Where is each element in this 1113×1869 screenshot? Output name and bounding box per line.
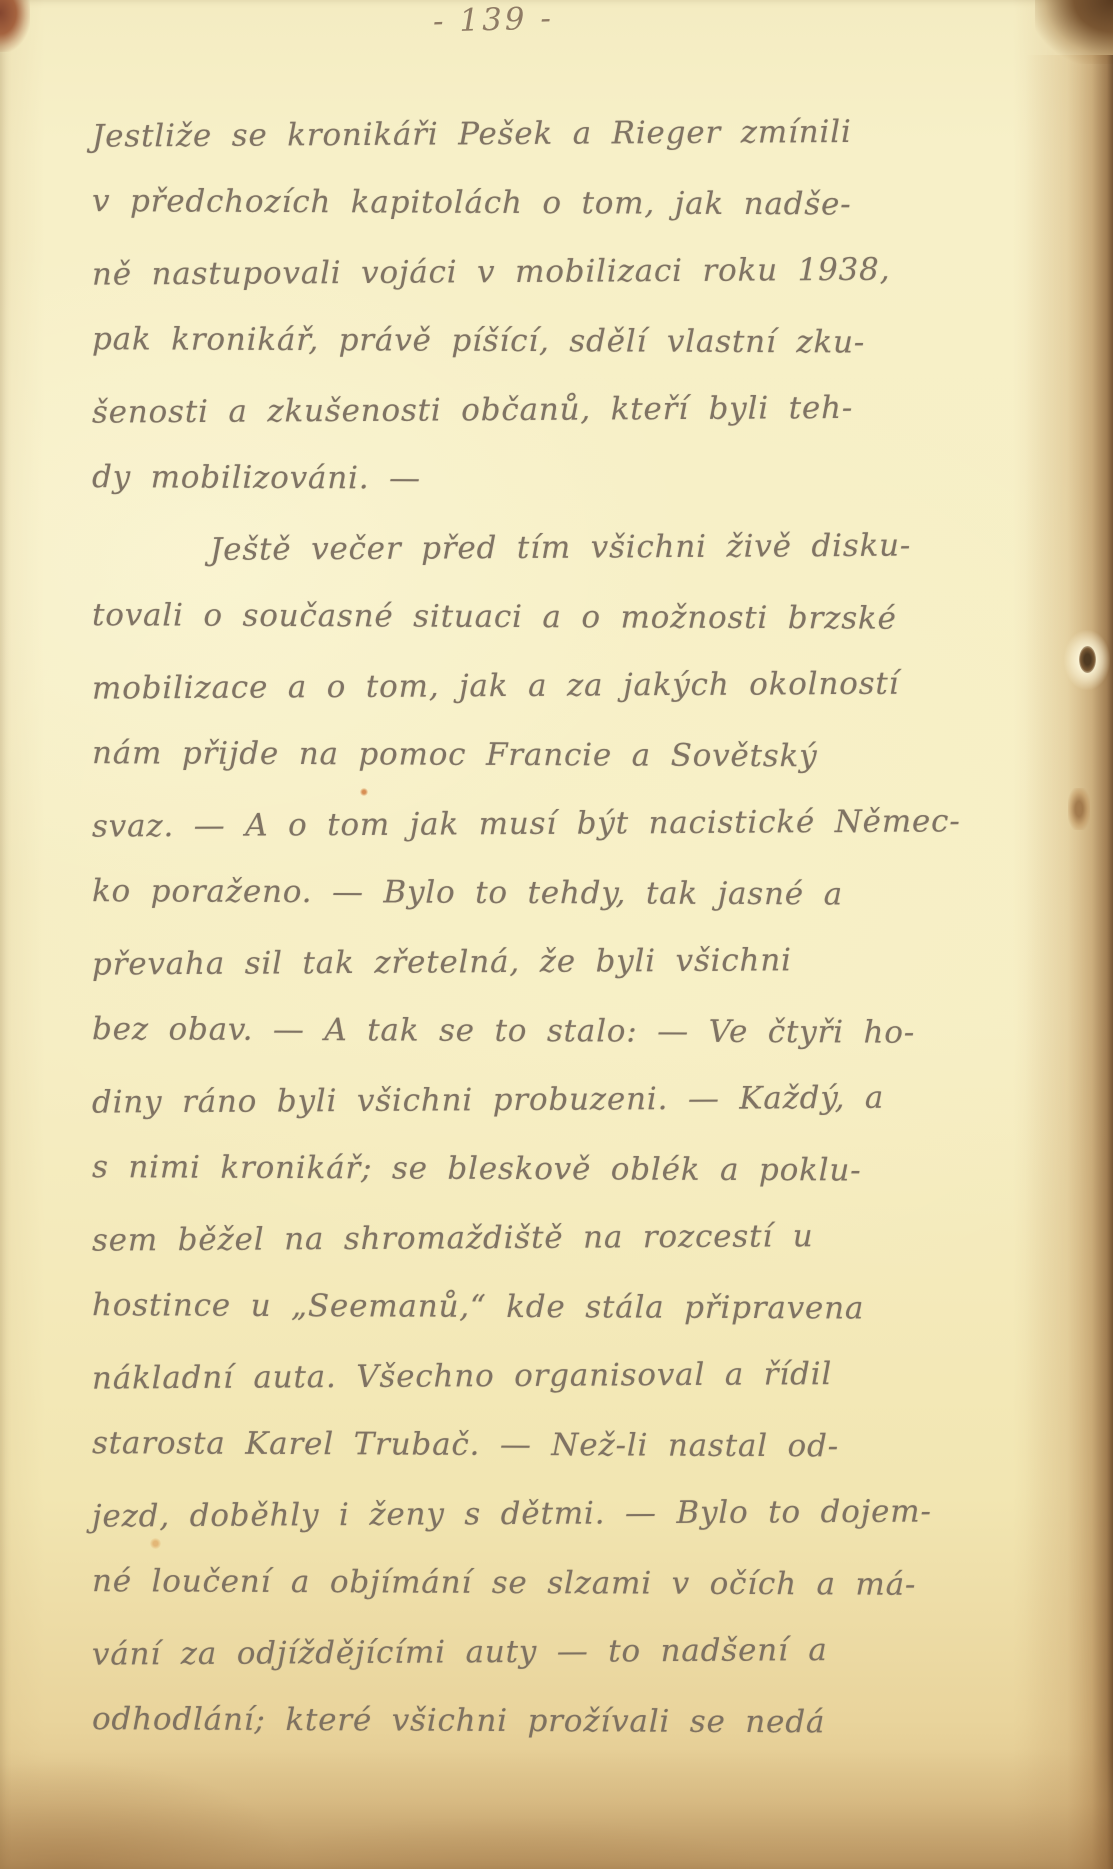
paper-tear-mark xyxy=(1068,788,1090,830)
page-right-edge-shadow xyxy=(1025,55,1113,1869)
handwritten-line: mobilizace a o tom, jak a za jakých okol… xyxy=(92,651,944,725)
handwritten-line: Jestliže se kronikáři Pešek a Rieger zmí… xyxy=(92,99,944,173)
handwritten-line: né loučení a objímání se slzami v očích … xyxy=(92,1549,944,1622)
handwritten-line: sem běžel na shromaždiště na rozcestí u xyxy=(92,1203,944,1277)
handwritten-line: Ještě večer před tím všichni živě disku- xyxy=(92,513,944,587)
handwritten-line: bez obav. — A tak se to stalo: — Ve čtyř… xyxy=(92,997,944,1070)
handwritten-line: ně nastupovali vojáci v mobilizaci roku … xyxy=(92,237,944,311)
handwritten-line: vání za odjíždějícími auty — to nadšení … xyxy=(92,1617,944,1691)
handwritten-line: v předchozích kapitolách o tom, jak nadš… xyxy=(92,169,944,242)
handwritten-line: šenosti a zkušenosti občanů, kteří byli … xyxy=(92,375,944,449)
page-number: - 139 - xyxy=(433,0,555,39)
handwritten-line: svaz. — A o tom jak musí být nacistické … xyxy=(92,789,944,863)
paper-stain-top-left xyxy=(0,0,30,52)
handwriting-block: Jestliže se kronikáři Pešek a Rieger zmí… xyxy=(92,102,944,1758)
paper-speck xyxy=(360,788,368,796)
binding-hole xyxy=(1064,630,1110,690)
handwritten-line: pak kronikář, právě píšící, sdělí vlastn… xyxy=(92,307,944,380)
handwritten-line: jezd, doběhly i ženy s dětmi. — Bylo to … xyxy=(92,1479,944,1553)
handwritten-line: diny ráno byli všichni probuzeni. — Každ… xyxy=(92,1065,944,1139)
handwritten-line: tovali o současné situaci a o možnosti b… xyxy=(92,583,944,656)
page-bottom-shadow xyxy=(0,1749,1113,1869)
handwritten-line: dy mobilizováni. — xyxy=(92,445,944,518)
handwritten-line: s nimi kronikář; se bleskově oblék a pok… xyxy=(92,1135,944,1208)
handwritten-line: starosta Karel Trubač. — Než-li nastal o… xyxy=(92,1411,944,1484)
chronicle-page-scan: - 139 - Jestliže se kronikáři Pešek a Ri… xyxy=(0,0,1113,1869)
handwritten-line: převaha sil tak zřetelná, že byli všichn… xyxy=(92,927,944,1001)
paper-speck xyxy=(150,1538,161,1549)
handwritten-line: hostince u „Seemanů,“ kde stála připrave… xyxy=(92,1273,944,1346)
handwritten-line: nákladní auta. Všechno organisoval a říd… xyxy=(92,1341,944,1415)
handwritten-line: nám přijde na pomoc Francie a Sovětský xyxy=(92,721,944,794)
handwritten-line: ko poraženo. — Bylo to tehdy, tak jasné … xyxy=(92,859,944,932)
